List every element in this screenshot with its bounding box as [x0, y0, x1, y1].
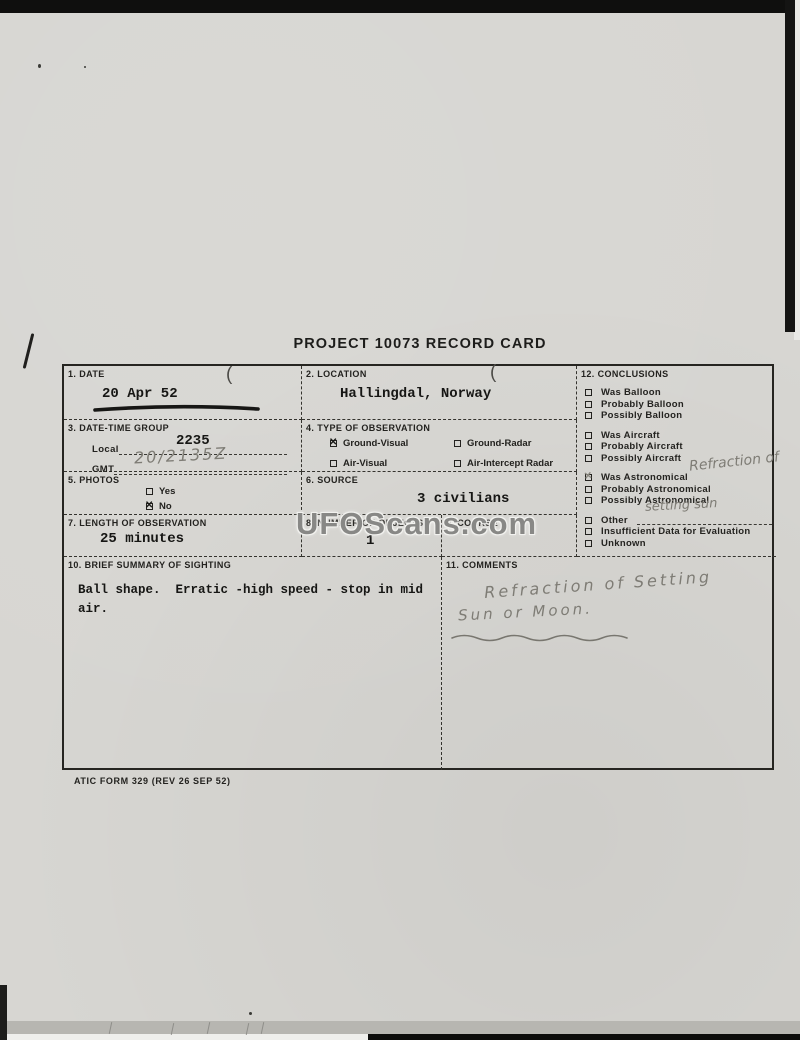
- speck: [249, 1012, 252, 1015]
- checkbox-icon: [146, 503, 153, 510]
- field-date-value: 20 Apr 52: [102, 386, 178, 402]
- checkbox-icon: [585, 474, 592, 481]
- form-id-footer: ATIC FORM 329 (REV 26 SEP 52): [74, 776, 231, 786]
- checkbox-icon: [585, 540, 592, 547]
- field-date: 1. DATE ( 20 Apr 52: [64, 366, 302, 420]
- field-date-label: 1. DATE: [68, 369, 297, 379]
- checkbox-icon: [454, 460, 461, 467]
- scan-edge-bottom-left: [0, 985, 7, 1040]
- conclusion-item: Unknown: [585, 538, 772, 550]
- checkbox-icon: [585, 528, 592, 535]
- pencil-squiggle: [450, 633, 650, 643]
- field-brief-summary: 10. BRIEF SUMMARY OF SIGHTING Ball shape…: [64, 557, 442, 770]
- field-location-value: Hallingdal, Norway: [340, 386, 491, 402]
- watermark: UFOScans.com: [296, 506, 537, 542]
- field-summary-label: 10. BRIEF SUMMARY OF SIGHTING: [68, 560, 437, 570]
- checkbox-icon: [146, 488, 153, 495]
- checkbox-icon: [585, 401, 592, 408]
- obs-option: Ground-Visual: [330, 438, 408, 449]
- checkbox-icon: [454, 440, 461, 447]
- other-fill-line: [637, 514, 772, 525]
- field-photos: 5. PHOTOS Yes No: [64, 472, 302, 515]
- comments-handwritten-line2: Sun or Moon.: [458, 599, 594, 624]
- ink-underline: [92, 404, 262, 414]
- obs-option: Air-Visual: [330, 458, 387, 469]
- speck: [84, 66, 86, 68]
- photos-option: No: [146, 501, 172, 512]
- checkbox-icon: [585, 412, 592, 419]
- conclusion-item: Was Balloon: [585, 387, 772, 399]
- checkbox-icon: [330, 440, 337, 447]
- field-type-label: 4. TYPE OF OBSERVATION: [306, 423, 572, 433]
- field-date-time-group: 3. DATE-TIME GROUP Local 2235 GMT 20/213…: [64, 420, 302, 472]
- conclusion-item: Probably Aircraft: [585, 441, 772, 453]
- scan-edge-right: [785, 0, 795, 332]
- checkbox-icon: [585, 486, 592, 493]
- field-dtg-label: 3. DATE-TIME GROUP: [68, 423, 297, 433]
- checkbox-icon: [585, 497, 592, 504]
- pen-paren-mark: (: [226, 364, 232, 386]
- field-comments: 11. COMMENTS Refraction of Setting Sun o…: [442, 557, 776, 770]
- checkbox-icon: [585, 443, 592, 450]
- checkbox-icon: [585, 517, 592, 524]
- checkbox-icon: [330, 460, 337, 467]
- field-location-label: 2. LOCATION: [306, 369, 572, 379]
- scan-edge-bottom-black: [368, 1034, 800, 1040]
- conclusion-item: Was Aircraft: [585, 430, 772, 442]
- field-conclusions: 12. CONCLUSIONS Was Balloon Probably Bal…: [577, 366, 776, 557]
- checkbox-icon: [585, 389, 592, 396]
- field-location: 2. LOCATION ( Hallingdal, Norway: [302, 366, 577, 420]
- scan-edge-bottom-band: [0, 1021, 800, 1034]
- record-card-table: 1. DATE ( 20 Apr 52 2. LOCATION ( Hallin…: [62, 364, 774, 770]
- field-comments-label: 11. COMMENTS: [446, 560, 772, 570]
- checkbox-icon: [585, 432, 592, 439]
- conclusion-item: Possibly Balloon: [585, 410, 772, 422]
- checkbox-icon: [585, 455, 592, 462]
- conclusion-item: Insufficient Data for Evaluation: [585, 526, 772, 538]
- pen-paren-mark: (: [490, 362, 496, 384]
- scan-edge-top: [0, 0, 800, 13]
- conclusion-item: Was Astronomical: [585, 472, 772, 484]
- conclusion-item: Probably Astronomical: [585, 484, 772, 496]
- page-title: PROJECT 10073 RECORD CARD: [260, 336, 580, 352]
- conclusion-item: Probably Balloon: [585, 399, 772, 411]
- field-type-of-observation: 4. TYPE OF OBSERVATION Ground-Visual Gro…: [302, 420, 577, 472]
- local-label: Local: [92, 444, 119, 455]
- pen-mark: [23, 333, 35, 369]
- conclusion-item: Other: [585, 515, 772, 527]
- speck: [38, 64, 41, 68]
- scanned-record-card-page: PROJECT 10073 RECORD CARD UFOScans.com 1…: [0, 0, 800, 1040]
- field-summary-value: Ball shape. Erratic -high speed - stop i…: [78, 581, 446, 619]
- obs-option: Air-Intercept Radar: [454, 458, 553, 469]
- field-length-label: 7. LENGTH OF OBSERVATION: [68, 518, 297, 528]
- field-photos-label: 5. PHOTOS: [68, 475, 297, 485]
- field-conclusions-label: 12. CONCLUSIONS: [581, 369, 772, 379]
- field-source-value: 3 civilians: [417, 491, 509, 507]
- field-length-value: 25 minutes: [100, 531, 184, 547]
- field-source-label: 6. SOURCE: [306, 475, 572, 485]
- photos-option: Yes: [146, 486, 175, 497]
- obs-option: Ground-Radar: [454, 438, 531, 449]
- field-length-of-observation: 7. LENGTH OF OBSERVATION 25 minutes: [64, 515, 302, 557]
- comments-handwritten-line1: Refraction of Setting: [484, 567, 713, 602]
